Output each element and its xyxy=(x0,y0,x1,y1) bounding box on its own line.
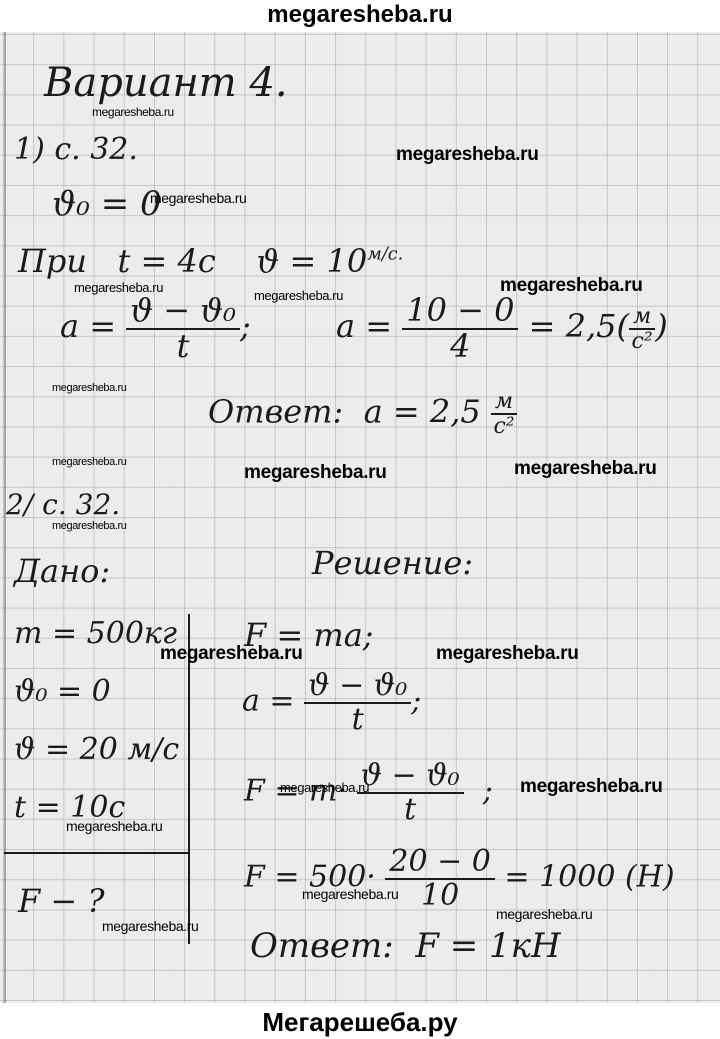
step4-result: = 1000 (Н) xyxy=(504,860,674,895)
condition-velocity: ϑ = 10 xyxy=(257,242,368,280)
answer2-label: Ответ: xyxy=(250,926,394,966)
formula-denominator: t xyxy=(177,330,190,364)
problem2-label: 2/ с. 32. xyxy=(6,488,120,521)
calc-unit: м с² xyxy=(629,305,655,353)
calc-result: = 2,5 xyxy=(529,307,617,345)
calc-unit-num: м xyxy=(629,305,655,330)
watermark: megaresheba.ru xyxy=(396,144,539,166)
find-force: F − ? xyxy=(18,882,105,920)
site-footer-watermark: Мегарешеба.ру xyxy=(0,1003,720,1039)
step4-numerator: 20 − 0 xyxy=(385,846,494,880)
watermark: megaresheba.ru xyxy=(74,280,163,295)
step2-denominator: t xyxy=(352,704,364,736)
step3-numerator: ϑ − ϑ₀ xyxy=(357,760,464,794)
problem1-calculation: a = 10 − 0 4 = 2,5( м с² ) xyxy=(336,294,668,363)
watermark: megaresheba.ru xyxy=(244,462,387,484)
step2-separator: ; xyxy=(411,684,421,719)
step4-denominator: 10 xyxy=(421,880,459,912)
grid-paper-photo: Вариант 4. 1) с. 32. ϑ₀ = 0 При t = 4с ϑ… xyxy=(0,32,720,1003)
watermark: megaresheba.ru xyxy=(280,780,369,795)
calc-fraction: 10 − 0 4 xyxy=(402,294,518,363)
watermark: megaresheba.ru xyxy=(52,456,127,468)
calc-lhs: a = xyxy=(336,307,392,345)
watermark: megaresheba.ru xyxy=(52,520,127,532)
watermark: megaresheba.ru xyxy=(160,643,303,665)
given-divider-horizontal xyxy=(4,852,188,854)
watermark: megaresheba.ru xyxy=(496,906,592,922)
problem1-condition: При t = 4с ϑ = 10м/с. xyxy=(18,242,403,280)
answer-label: Ответ: xyxy=(208,393,343,431)
formula-lhs: a = xyxy=(60,307,116,345)
formula-fraction: ϑ − ϑ₀ t xyxy=(126,294,240,363)
variant-title: Вариант 4. xyxy=(44,60,288,106)
problem1-given-v0: ϑ₀ = 0 xyxy=(52,184,162,224)
watermark: megaresheba.ru xyxy=(254,288,343,303)
watermark: megaresheba.ru xyxy=(302,886,398,902)
formula-separator: ; xyxy=(240,307,251,345)
condition-prefix: При xyxy=(18,242,87,280)
watermark: megaresheba.ru xyxy=(66,818,162,834)
answer2-expression: F = 1кН xyxy=(415,926,560,966)
watermark: megaresheba.ru xyxy=(150,190,246,206)
site-header-watermark: megaresheba.ru xyxy=(0,0,720,32)
problem1-label: 1) с. 32. xyxy=(14,132,138,167)
given-header: Дано: xyxy=(14,552,110,590)
step4-fraction: 20 − 0 10 xyxy=(385,846,494,911)
given-initial-velocity: ϑ₀ = 0 xyxy=(14,674,111,709)
watermark: megaresheba.ru xyxy=(514,458,657,480)
answer-unit-num: м xyxy=(491,390,517,415)
calc-denominator: 4 xyxy=(450,330,470,364)
condition-time: t = 4с xyxy=(118,242,216,280)
step3-separator: ; xyxy=(483,774,493,809)
given-mass: m = 500кг xyxy=(14,616,177,651)
watermark: megaresheba.ru xyxy=(92,105,174,119)
step2-numerator: ϑ − ϑ₀ xyxy=(304,670,411,704)
step2-fraction: ϑ − ϑ₀ t xyxy=(304,670,411,735)
answer-expression: a = 2,5 xyxy=(364,393,481,431)
problem1-answer: Ответ: a = 2,5 м с² xyxy=(208,390,517,438)
watermark: megaresheba.ru xyxy=(520,776,663,798)
calc-unit-den: с² xyxy=(632,330,653,353)
problem2-answer: Ответ: F = 1кН xyxy=(250,926,561,966)
answer-unit-den: с² xyxy=(493,415,514,438)
calc-numerator: 10 − 0 xyxy=(402,294,518,330)
watermark: megaresheba.ru xyxy=(102,918,198,934)
step3-fraction: ϑ − ϑ₀ t xyxy=(357,760,464,825)
formula-numerator: ϑ − ϑ₀ xyxy=(126,294,240,330)
problem1-formula: a = ϑ − ϑ₀ t ; xyxy=(60,294,251,363)
step2-lhs: a = xyxy=(242,684,295,719)
solution-step2: a = ϑ − ϑ₀ t ; xyxy=(242,670,421,735)
step3-denominator: t xyxy=(404,794,416,826)
given-velocity: ϑ = 20 м/с xyxy=(14,732,179,767)
watermark: megaresheba.ru xyxy=(436,643,579,665)
watermark: megaresheba.ru xyxy=(500,275,643,297)
watermark: megaresheba.ru xyxy=(52,382,127,394)
answer-unit: м с² xyxy=(491,390,517,438)
condition-velocity-unit: м/с. xyxy=(367,245,403,265)
solution-header: Решение: xyxy=(312,544,473,582)
